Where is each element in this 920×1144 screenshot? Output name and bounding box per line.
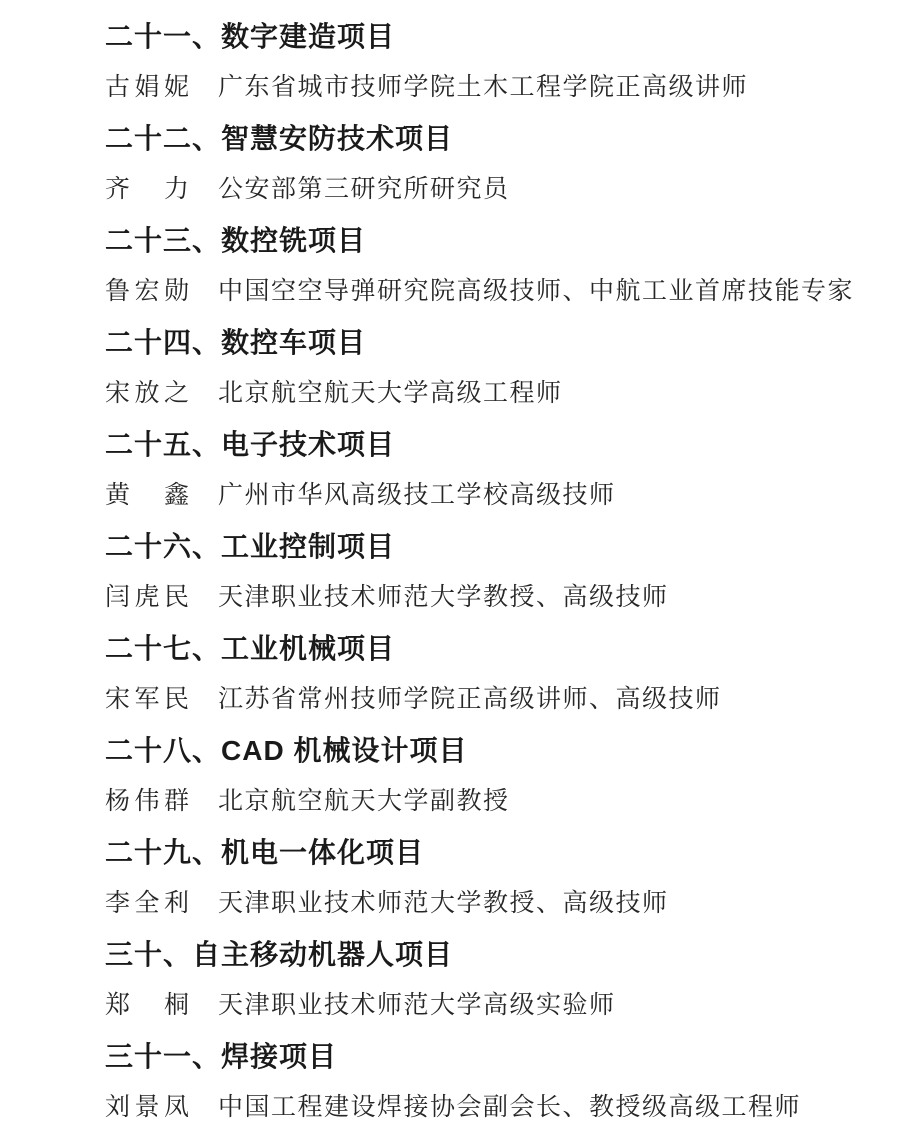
project-section: 二十一、数字建造项目 古娟妮广东省城市技师学院土木工程学院正高级讲师: [105, 12, 880, 114]
laureate-name: 黄鑫: [105, 470, 189, 522]
laureate-line: 黄鑫广州市华风高级技工学校高级技师: [105, 470, 880, 522]
project-heading: 二十五、电子技术项目: [105, 420, 880, 470]
laureate-line: 李全利天津职业技术师范大学教授、高级技师: [105, 878, 880, 930]
laureate-affiliation: 天津职业技术师范大学教授、高级技师: [218, 584, 669, 611]
laureate-name: 刘景凤: [105, 1082, 189, 1134]
project-heading: 二十七、工业机械项目: [105, 624, 880, 674]
project-heading: 二十三、数控铣项目: [105, 216, 880, 266]
laureate-name: 李全利: [105, 878, 189, 930]
project-section: 二十四、数控车项目 宋放之北京航空航天大学高级工程师: [105, 318, 880, 420]
project-heading: 二十四、数控车项目: [105, 318, 880, 368]
laureate-line: 齐力公安部第三研究所研究员: [105, 164, 880, 216]
project-heading: 二十八、CAD 机械设计项目: [105, 726, 880, 776]
project-section: 二十二、智慧安防技术项目 齐力公安部第三研究所研究员: [105, 114, 880, 216]
laureate-name: 鲁宏勋: [105, 266, 189, 318]
project-section: 二十九、机电一体化项目 李全利天津职业技术师范大学教授、高级技师: [105, 828, 880, 930]
laureate-affiliation: 中国空空导弹研究院高级技师、中航工业首席技能专家: [218, 278, 854, 305]
laureate-affiliation: 江苏省常州技师学院正高级讲师、高级技师: [218, 686, 722, 713]
project-heading: 二十六、工业控制项目: [105, 522, 880, 572]
project-heading: 三十一、焊接项目: [105, 1032, 880, 1082]
laureate-affiliation: 公安部第三研究所研究员: [218, 176, 510, 203]
laureate-name: 宋军民: [105, 674, 189, 726]
laureate-line: 古娟妮广东省城市技师学院土木工程学院正高级讲师: [105, 62, 880, 114]
project-sections-list: 二十一、数字建造项目 古娟妮广东省城市技师学院土木工程学院正高级讲师 二十二、智…: [105, 12, 880, 1134]
project-heading: 二十二、智慧安防技术项目: [105, 114, 880, 164]
project-section: 三十一、焊接项目 刘景凤中国工程建设焊接协会副会长、教授级高级工程师: [105, 1032, 880, 1134]
laureate-line: 杨伟群北京航空航天大学副教授: [105, 776, 880, 828]
project-section: 三十、自主移动机器人项目 郑桐天津职业技术师范大学高级实验师: [105, 930, 880, 1032]
laureate-line: 宋放之北京航空航天大学高级工程师: [105, 368, 880, 420]
laureate-name: 宋放之: [105, 368, 189, 420]
project-section: 二十八、CAD 机械设计项目 杨伟群北京航空航天大学副教授: [105, 726, 880, 828]
laureate-name: 闫虎民: [105, 572, 189, 624]
laureate-affiliation: 天津职业技术师范大学教授、高级技师: [218, 890, 669, 917]
laureate-line: 郑桐天津职业技术师范大学高级实验师: [105, 980, 880, 1032]
project-section: 二十五、电子技术项目 黄鑫广州市华风高级技工学校高级技师: [105, 420, 880, 522]
laureate-line: 鲁宏勋中国空空导弹研究院高级技师、中航工业首席技能专家: [105, 266, 880, 318]
laureate-name: 古娟妮: [105, 62, 189, 114]
laureate-affiliation: 广州市华风高级技工学校高级技师: [218, 482, 616, 509]
laureate-name: 郑桐: [105, 980, 189, 1032]
project-section: 二十七、工业机械项目 宋军民江苏省常州技师学院正高级讲师、高级技师: [105, 624, 880, 726]
laureate-affiliation: 广东省城市技师学院土木工程学院正高级讲师: [218, 74, 748, 101]
laureate-affiliation: 天津职业技术师范大学高级实验师: [218, 992, 616, 1019]
project-heading: 三十、自主移动机器人项目: [105, 930, 880, 980]
project-section: 二十六、工业控制项目 闫虎民天津职业技术师范大学教授、高级技师: [105, 522, 880, 624]
laureate-line: 宋军民江苏省常州技师学院正高级讲师、高级技师: [105, 674, 880, 726]
laureate-line: 闫虎民天津职业技术师范大学教授、高级技师: [105, 572, 880, 624]
laureate-affiliation: 中国工程建设焊接协会副会长、教授级高级工程师: [218, 1094, 801, 1121]
laureate-affiliation: 北京航空航天大学副教授: [218, 788, 510, 815]
project-heading: 二十九、机电一体化项目: [105, 828, 880, 878]
laureate-affiliation: 北京航空航天大学高级工程师: [218, 380, 563, 407]
project-heading: 二十一、数字建造项目: [105, 12, 880, 62]
laureate-line: 刘景凤中国工程建设焊接协会副会长、教授级高级工程师: [105, 1082, 880, 1134]
laureate-name: 齐力: [105, 164, 189, 216]
laureate-name: 杨伟群: [105, 776, 189, 828]
project-section: 二十三、数控铣项目 鲁宏勋中国空空导弹研究院高级技师、中航工业首席技能专家: [105, 216, 880, 318]
document-page: 二十一、数字建造项目 古娟妮广东省城市技师学院土木工程学院正高级讲师 二十二、智…: [0, 0, 920, 1144]
